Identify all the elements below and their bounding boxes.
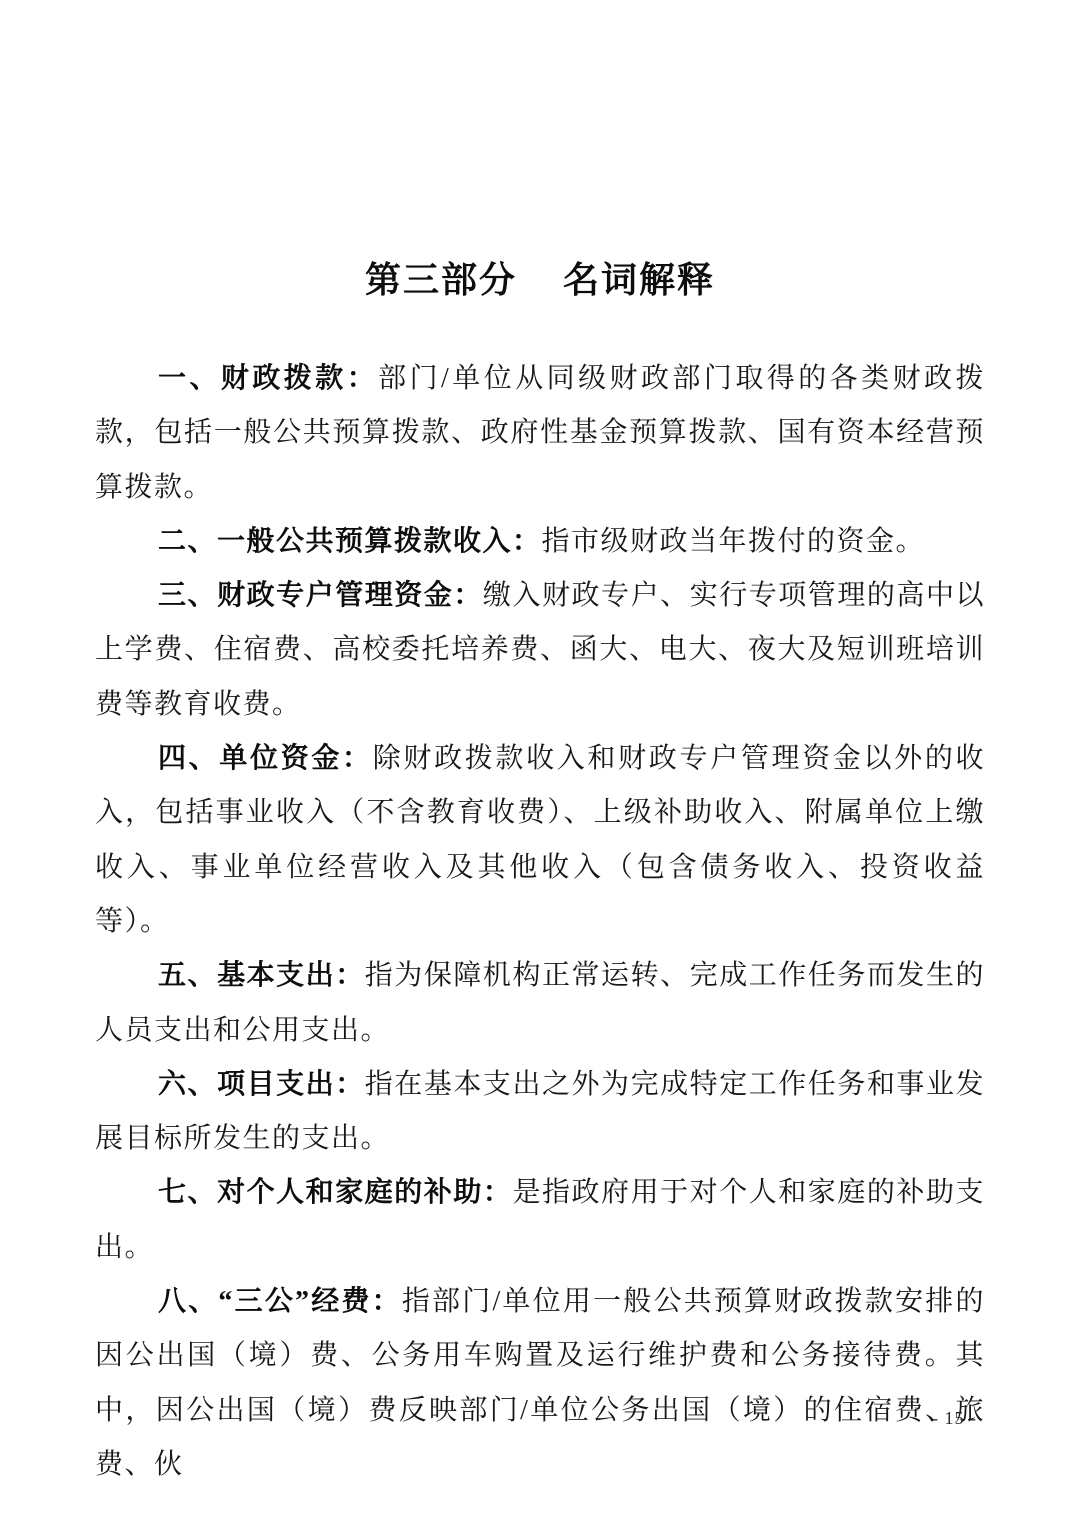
paragraph-label: 二、一般公共预算拨款收入： [158, 526, 542, 557]
page-number: - 15 - [932, 1408, 977, 1429]
paragraph: 三、财政专户管理资金：缴入财政专户、实行专项管理的高中以上学费、住宿费、高校委托… [95, 569, 985, 732]
page-title-part1: 第三部分 [365, 252, 517, 308]
paragraph: 二、一般公共预算拨款收入：指市级财政当年拨付的资金。 [95, 515, 985, 569]
paragraph: 一、财政拨款：部门/单位从同级财政部门取得的各类财政拨款，包括一般公共预算拨款、… [95, 352, 985, 515]
paragraph: 五、基本支出：指为保障机构正常运转、完成工作任务而发生的人员支出和公用支出。 [95, 949, 985, 1058]
document-body: 一、财政拨款：部门/单位从同级财政部门取得的各类财政拨款，包括一般公共预算拨款、… [95, 352, 985, 1492]
paragraph-label: 四、单位资金： [158, 743, 373, 774]
page-title-part2: 名词解释 [563, 252, 715, 308]
paragraph: 六、项目支出：指在基本支出之外为完成特定工作任务和事业发展目标所发生的支出。 [95, 1058, 985, 1167]
paragraph-label: 一、财政拨款： [158, 363, 378, 394]
paragraph-label: 六、项目支出： [158, 1069, 365, 1100]
paragraph-label: 五、基本支出： [158, 960, 365, 991]
paragraph-label: 三、财政专户管理资金： [158, 580, 483, 611]
paragraph: 八、“三公”经费：指部门/单位用一般公共预算财政拨款安排的因公出国（境）费、公务… [95, 1275, 985, 1492]
paragraph: 七、对个人和家庭的补助：是指政府用于对个人和家庭的补助支出。 [95, 1166, 985, 1275]
paragraph-text: 指市级财政当年拨付的资金。 [542, 526, 926, 557]
paragraph-label: 七、对个人和家庭的补助： [158, 1177, 512, 1208]
page-title: 第三部分 名词解释 [95, 252, 985, 308]
paragraph-label: 八、“三公”经费： [158, 1286, 402, 1317]
document-page: 第三部分 名词解释 一、财政拨款：部门/单位从同级财政部门取得的各类财政拨款，包… [0, 0, 1075, 1520]
paragraph: 四、单位资金：除财政拨款收入和财政专户管理资金以外的收入，包括事业收入（不含教育… [95, 732, 985, 949]
